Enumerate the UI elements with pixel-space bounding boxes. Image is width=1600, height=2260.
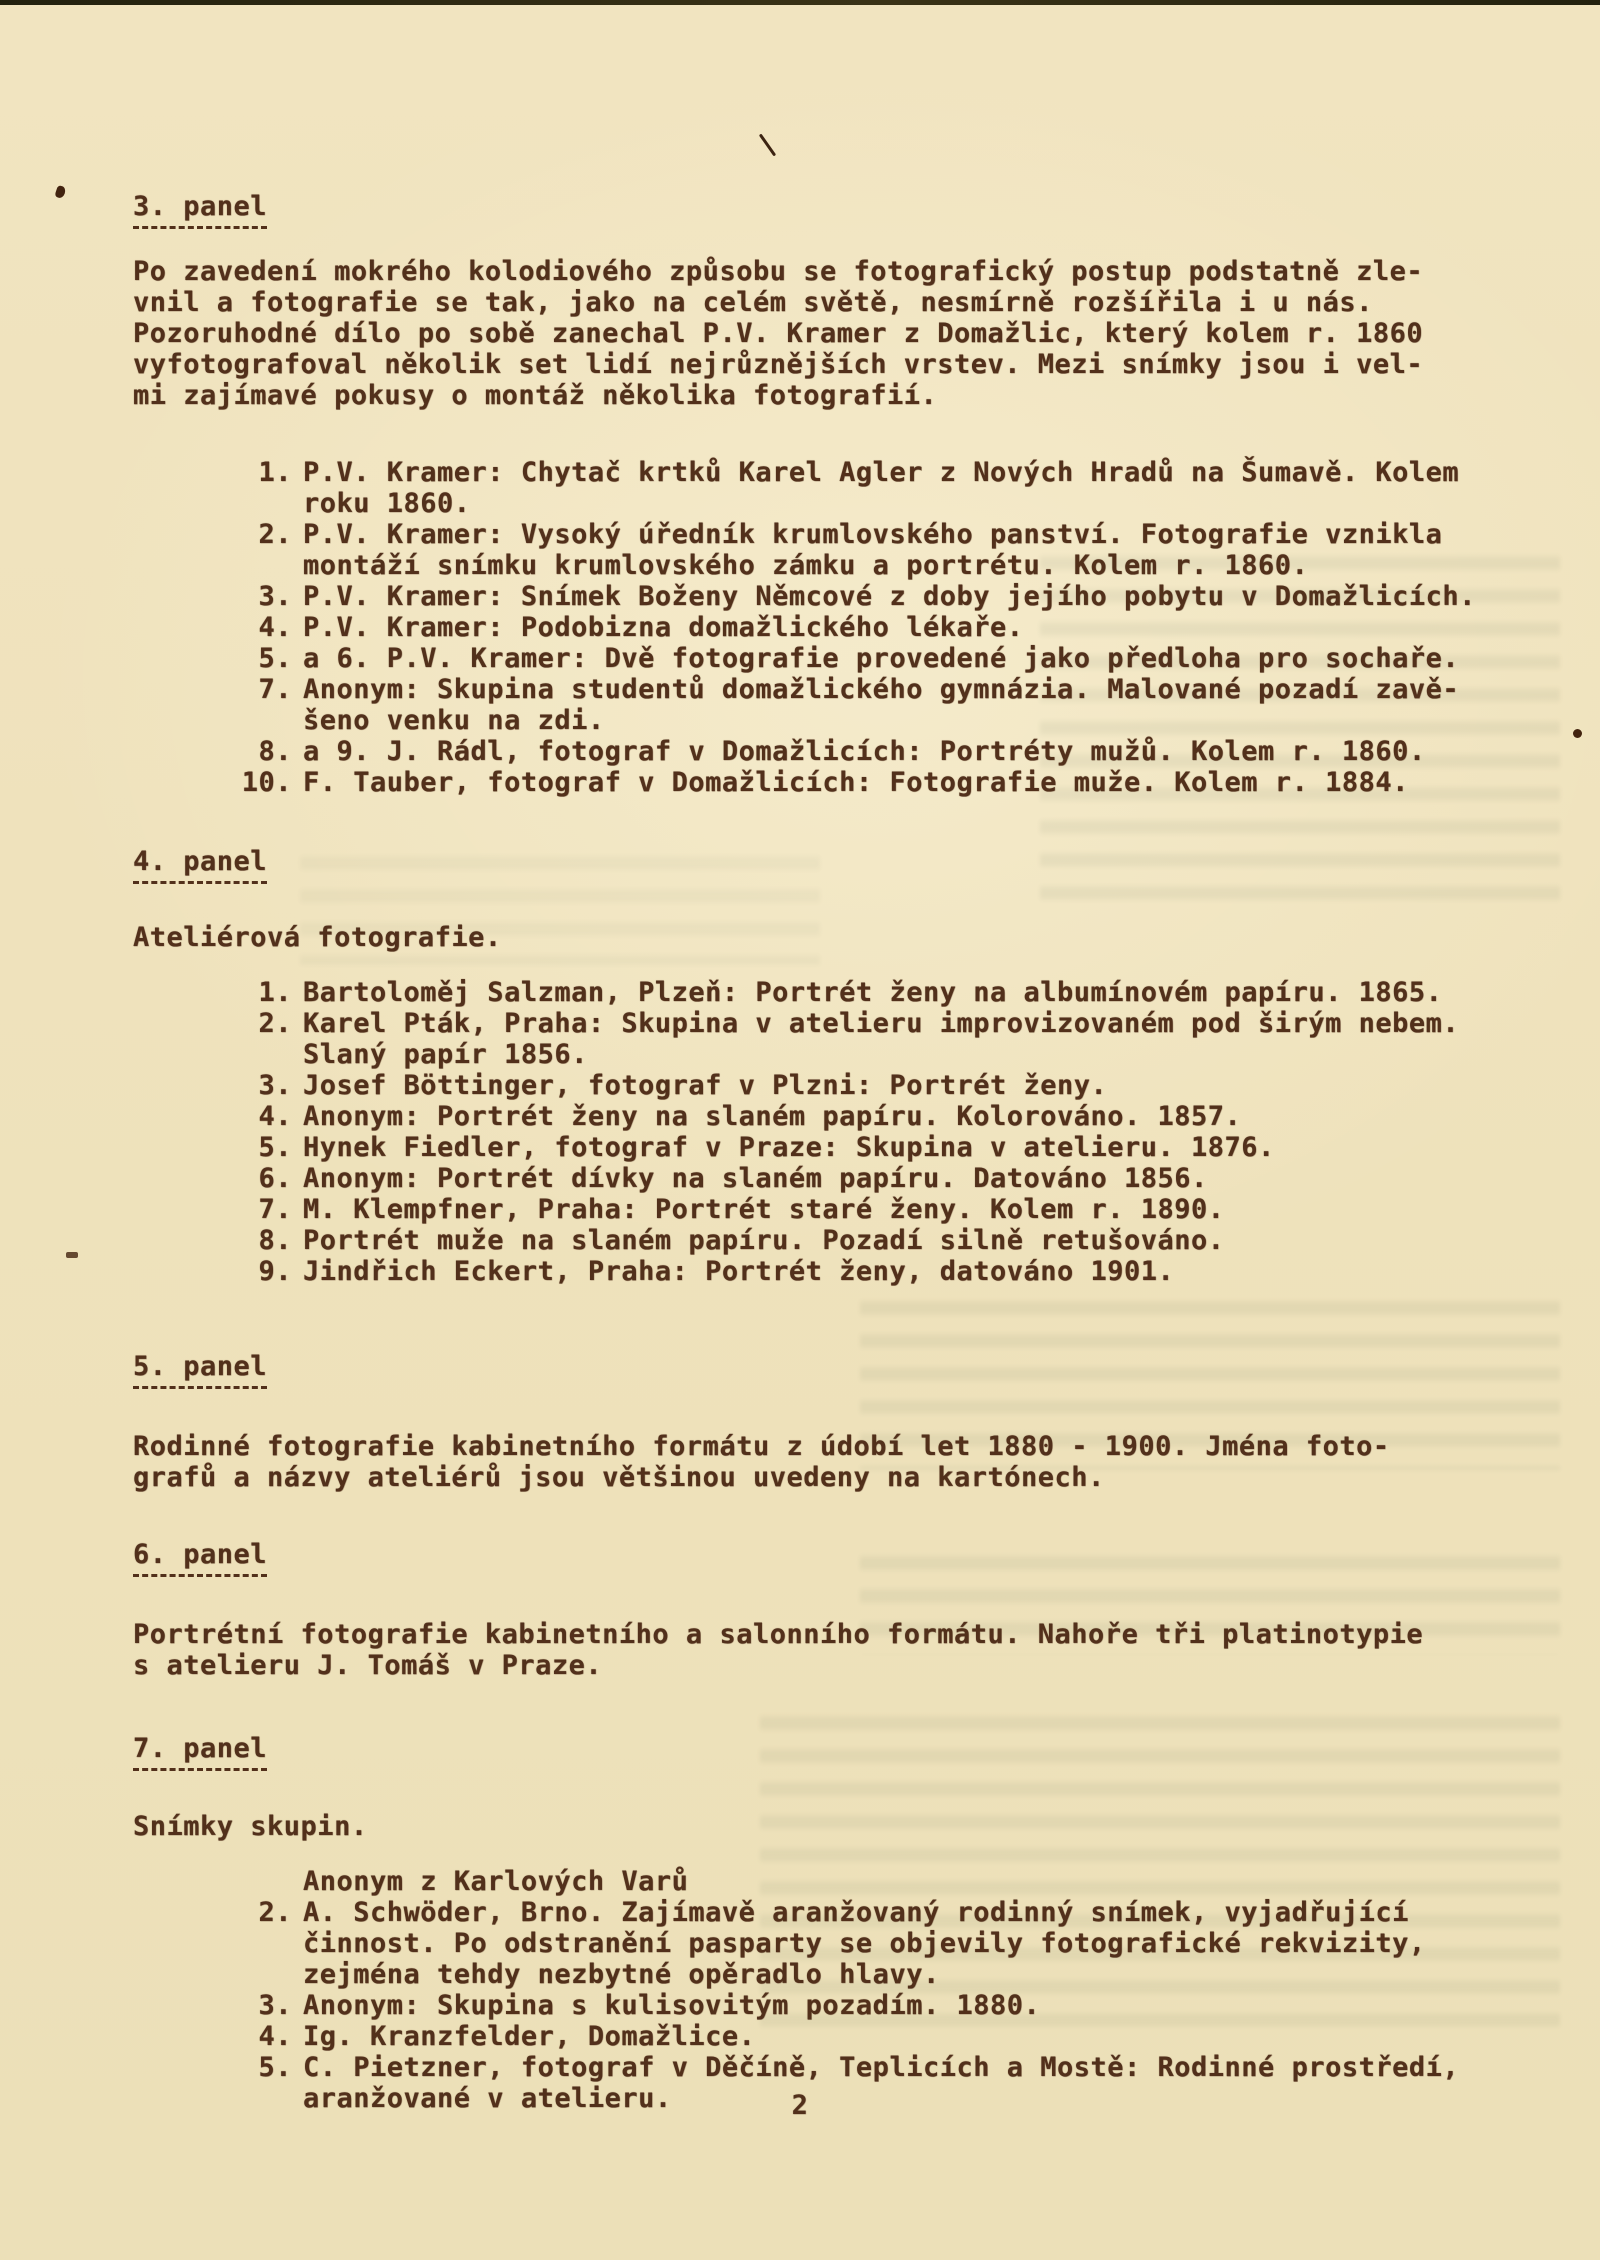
list-item-text: P.V. Kramer: Snímek Boženy Němcové z dob… (303, 581, 1476, 612)
list-item: 2.A. Schwöder, Brno. Zajímavě aranžovaný… (235, 1897, 1520, 1990)
list-item-text: P.V. Kramer: Vysoký úředník krumlovského… (303, 519, 1442, 581)
list-item: 1.Bartoloměj Salzman, Plzeň: Portrét žen… (235, 977, 1520, 1008)
list-item-number: 2. (235, 1008, 292, 1039)
list-item-number: 7. (235, 1194, 292, 1225)
list-item-number: 8. (235, 1225, 292, 1256)
panel-4-heading: 4. panel (133, 846, 267, 884)
panel-7-heading: 7. panel (133, 1733, 267, 1771)
list-item-number: 1. (235, 457, 292, 488)
list-item-text: P.V. Kramer: Podobizna domažlického léka… (303, 612, 1023, 643)
list-item-text: Anonym: Portrét ženy na slaném papíru. K… (303, 1101, 1241, 1132)
list-item-number: 3. (235, 1070, 292, 1101)
list-item-text: A. Schwöder, Brno. Zajímavě aranžovaný r… (303, 1897, 1426, 1990)
list-item-number: 10. (235, 767, 292, 798)
list-item: 2.P.V. Kramer: Vysoký úředník krumlovské… (235, 519, 1520, 581)
list-item-text: M. Klempfner, Praha: Portrét staré ženy.… (303, 1194, 1225, 1225)
section-panel-6: 6. panel (133, 1539, 1520, 1577)
list-item-number: 8. (235, 736, 292, 767)
section-panel-5: 5. panel (133, 1351, 1520, 1389)
list-item-number: 9. (235, 1256, 292, 1287)
panel-7-list: Anonym z Karlových Varů2.A. Schwöder, Br… (133, 1866, 1520, 2114)
ink-speck (66, 1252, 78, 1258)
list-item-text: C. Pietzner, fotograf v Děčíně, Teplicíc… (303, 2052, 1459, 2114)
list-item-number: 5. (235, 643, 292, 674)
list-item: 4.Anonym: Portrét ženy na slaném papíru.… (235, 1101, 1520, 1132)
panel-5-heading: 5. panel (133, 1351, 267, 1389)
section-panel-4: 4. panel (133, 846, 1520, 884)
list-item: Anonym z Karlových Varů (235, 1866, 1520, 1897)
ink-speck (1573, 729, 1582, 738)
list-item: 4.Ig. Kranzfelder, Domažlice. (235, 2021, 1520, 2052)
list-item-number: 2. (235, 519, 292, 550)
list-item: 5.a 6. P.V. Kramer: Dvě fotografie prove… (235, 643, 1520, 674)
list-item-text: Ig. Kranzfelder, Domažlice. (303, 2021, 755, 2052)
list-item: 9.Jindřich Eckert, Praha: Portrét ženy, … (235, 1256, 1520, 1287)
list-item-text: F. Tauber, fotograf v Domažlicích: Fotog… (303, 767, 1409, 798)
list-item: 4.P.V. Kramer: Podobizna domažlického lé… (235, 612, 1520, 643)
list-item: 8.Portrét muže na slaném papíru. Pozadí … (235, 1225, 1520, 1256)
list-item-number: 2. (235, 1897, 292, 1928)
panel-3-heading: 3. panel (133, 191, 267, 229)
list-item: 5.C. Pietzner, fotograf v Děčíně, Teplic… (235, 2052, 1520, 2114)
list-item-number: 3. (235, 1990, 292, 2021)
list-item-text: Karel Pták, Praha: Skupina v atelieru im… (303, 1008, 1459, 1070)
panel-3-list: 1.P.V. Kramer: Chytač krtků Karel Agler … (133, 457, 1520, 798)
list-item: 5.Hynek Fiedler, fotograf v Praze: Skupi… (235, 1132, 1520, 1163)
panel-5-paragraph: Rodinné fotografie kabinetního formátu z… (133, 1431, 1520, 1493)
list-item-text: Josef Böttinger, fotograf v Plzni: Portr… (303, 1070, 1107, 1101)
list-item: 3.P.V. Kramer: Snímek Boženy Němcové z d… (235, 581, 1520, 612)
list-item-text: Anonym z Karlových Varů (303, 1866, 688, 1897)
list-item: 1.P.V. Kramer: Chytač krtků Karel Agler … (235, 457, 1520, 519)
list-item-text: Jindřich Eckert, Praha: Portrét ženy, da… (303, 1256, 1174, 1287)
list-item-text: Bartoloměj Salzman, Plzeň: Portrét ženy … (303, 977, 1442, 1008)
document-page: 3. panel Po zavedení mokrého kolodiového… (0, 191, 1600, 2114)
list-item-number: 4. (235, 1101, 292, 1132)
ink-stroke (759, 133, 776, 156)
panel-6-heading: 6. panel (133, 1539, 267, 1577)
list-item-text: Anonym: Skupina s kulisovitým pozadím. 1… (303, 1990, 1040, 2021)
list-item-text: Hynek Fiedler, fotograf v Praze: Skupina… (303, 1132, 1275, 1163)
list-item-number: 1. (235, 977, 292, 1008)
list-item-number: 7. (235, 674, 292, 705)
list-item-number: 3. (235, 581, 292, 612)
section-panel-3: 3. panel (133, 191, 1520, 229)
list-item: 8.a 9. J. Rádl, fotograf v Domažlicích: … (235, 736, 1520, 767)
panel-6-paragraph: Portrétní fotografie kabinetního a salon… (133, 1619, 1520, 1681)
panel-7-subtitle: Snímky skupin. (133, 1811, 1520, 1842)
list-item-number: 6. (235, 1163, 292, 1194)
panel-4-subtitle: Ateliérová fotografie. (133, 922, 1520, 953)
list-item-number: 4. (235, 612, 292, 643)
list-item: 6.Anonym: Portrét dívky na slaném papíru… (235, 1163, 1520, 1194)
list-item: 10.F. Tauber, fotograf v Domažlicích: Fo… (235, 767, 1520, 798)
list-item: 2.Karel Pták, Praha: Skupina v atelieru … (235, 1008, 1520, 1070)
panel-3-paragraph: Po zavedení mokrého kolodiového způsobu … (133, 256, 1520, 411)
list-item: 7.M. Klempfner, Praha: Portrét staré žen… (235, 1194, 1520, 1225)
list-item: 3.Josef Böttinger, fotograf v Plzni: Por… (235, 1070, 1520, 1101)
list-item-text: a 6. P.V. Kramer: Dvě fotografie provede… (303, 643, 1459, 674)
list-item-text: Anonym: Skupina studentů domažlického gy… (303, 674, 1459, 736)
list-item-text: P.V. Kramer: Chytač krtků Karel Agler z … (303, 457, 1459, 519)
list-item-text: Anonym: Portrét dívky na slaném papíru. … (303, 1163, 1208, 1194)
list-item-text: Portrét muže na slaném papíru. Pozadí si… (303, 1225, 1225, 1256)
list-item: 7.Anonym: Skupina studentů domažlického … (235, 674, 1520, 736)
list-item-text: a 9. J. Rádl, fotograf v Domažlicích: Po… (303, 736, 1426, 767)
list-item-number: 5. (235, 1132, 292, 1163)
scan-edge-shadow (0, 0, 1600, 5)
list-item-number: 4. (235, 2021, 292, 2052)
list-item-number: 5. (235, 2052, 292, 2083)
section-panel-7: 7. panel (133, 1733, 1520, 1771)
panel-4-list: 1.Bartoloměj Salzman, Plzeň: Portrét žen… (133, 977, 1520, 1287)
list-item: 3.Anonym: Skupina s kulisovitým pozadím.… (235, 1990, 1520, 2021)
